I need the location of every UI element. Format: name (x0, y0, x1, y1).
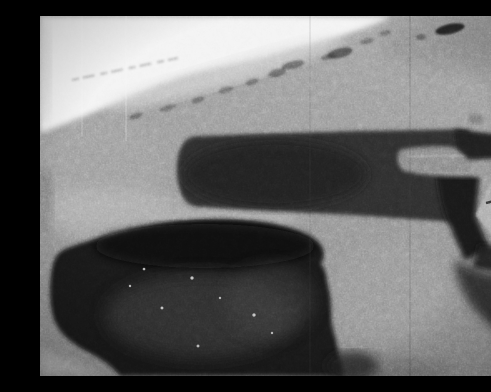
photo-canvas (40, 16, 491, 376)
vignette (40, 16, 491, 376)
film-still-photo (40, 16, 491, 376)
